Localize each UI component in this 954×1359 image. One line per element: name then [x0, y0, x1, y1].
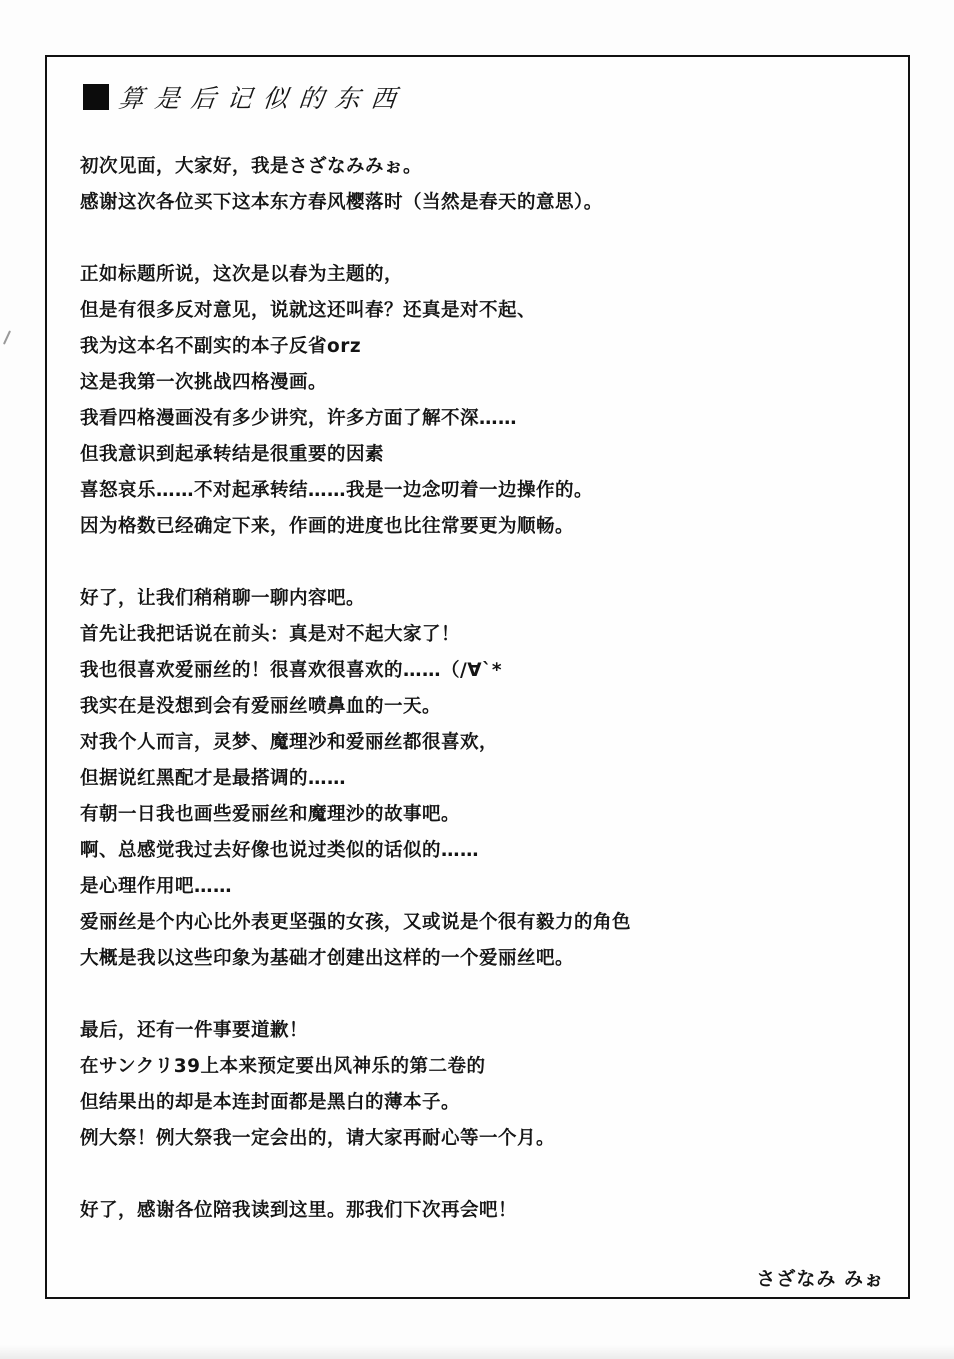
text-line: 正如标题所说，这次是以春为主题的， — [80, 257, 880, 293]
text-line: 这是我第一次挑战四格漫画。 — [80, 365, 880, 401]
paragraph-apology: 最后，还有一件事要道歉！ 在サンクリ39上本来预定要出风神乐的第二卷的 但结果出… — [80, 1013, 880, 1157]
paragraph-closing: 好了，感谢各位陪我读到这里。那我们下次再会吧！ — [80, 1193, 880, 1229]
text-line: 啊、总感觉我过去好像也说过类似的话似的…… — [80, 833, 880, 869]
paragraph-content: 好了，让我们稍稍聊一聊内容吧。 首先让我把话说在前头：真是对不起大家了！ 我也很… — [80, 581, 880, 977]
text-line: 初次见面，大家好，我是さざなみみぉ。 — [80, 149, 880, 185]
page-title: 算是后记似的东西 — [83, 81, 407, 113]
text-line: 感谢这次各位买下这本东方春风樱落时（当然是春天的意思）。 — [80, 185, 880, 221]
text-line: 但是有很多反对意见，说就这还叫春？还真是对不起、 — [80, 293, 880, 329]
afterword-body: 初次见面，大家好，我是さざなみみぉ。 感谢这次各位买下这本东方春风樱落时（当然是… — [80, 149, 880, 1265]
black-square-icon — [83, 84, 109, 110]
text-line: 但据说红黑配才是最搭调的…… — [80, 761, 880, 797]
text-line: 但结果出的却是本连封面都是黑白的薄本子。 — [80, 1085, 880, 1121]
paragraph-greeting: 初次见面，大家好，我是さざなみみぉ。 感谢这次各位买下这本东方春风樱落时（当然是… — [80, 149, 880, 221]
text-line: 我看四格漫画没有多少讲究，许多方面了解不深…… — [80, 401, 880, 437]
text-line: 因为格数已经确定下来，作画的进度也比往常要更为顺畅。 — [80, 509, 880, 545]
text-line: 有朝一日我也画些爱丽丝和魔理沙的故事吧。 — [80, 797, 880, 833]
scan-shadow — [0, 1345, 954, 1359]
afterword-frame: 算是后记似的东西 初次见面，大家好，我是さざなみみぉ。 感谢这次各位买下这本东方… — [45, 55, 910, 1299]
text-line: 在サンクリ39上本来预定要出风神乐的第二卷的 — [80, 1049, 880, 1085]
text-line: 喜怒哀乐……不对起承转结……我是一边念叨着一边操作的。 — [80, 473, 880, 509]
text-line: 是心理作用吧…… — [80, 869, 880, 905]
scan-stray-mark — [3, 330, 11, 344]
text-line: 好了，感谢各位陪我读到这里。那我们下次再会吧！ — [80, 1193, 880, 1229]
text-line: 但我意识到起承转结是很重要的因素 — [80, 437, 880, 473]
text-line: 我为这本名不副实的本子反省orz — [80, 329, 880, 365]
text-line: 最后，还有一件事要道歉！ — [80, 1013, 880, 1049]
text-line: 爱丽丝是个内心比外表更坚强的女孩，又或说是个很有毅力的角色 — [80, 905, 880, 941]
text-line: 大概是我以这些印象为基础才创建出这样的一个爱丽丝吧。 — [80, 941, 880, 977]
text-line: 我也很喜欢爱丽丝的！很喜欢很喜欢的……（/∀`* — [80, 653, 880, 689]
text-line: 首先让我把话说在前头：真是对不起大家了！ — [80, 617, 880, 653]
text-line: 我实在是没想到会有爱丽丝喷鼻血的一天。 — [80, 689, 880, 725]
text-line: 好了，让我们稍稍聊一聊内容吧。 — [80, 581, 880, 617]
title-text: 算是后记似的东西 — [117, 79, 409, 115]
text-line: 例大祭！例大祭我一定会出的，请大家再耐心等一个月。 — [80, 1121, 880, 1157]
author-signature: さざなみ みぉ — [756, 1264, 884, 1291]
text-line: 对我个人而言，灵梦、魔理沙和爱丽丝都很喜欢， — [80, 725, 880, 761]
paragraph-theme: 正如标题所说，这次是以春为主题的， 但是有很多反对意见，说就这还叫春？还真是对不… — [80, 257, 880, 545]
